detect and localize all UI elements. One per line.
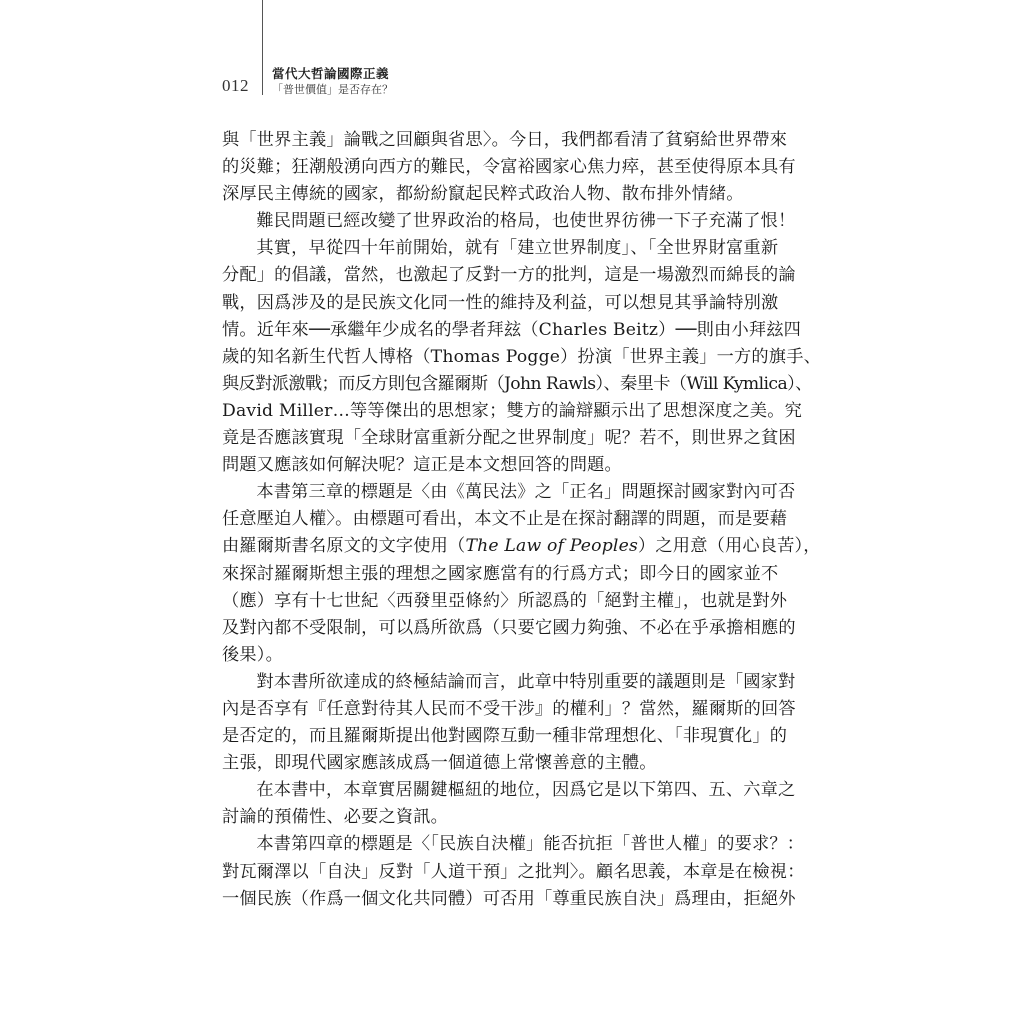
text-line: 深厚民主傳統的國家，都紛紛竄起民粹式政治人物、散布排外情緒。 xyxy=(222,181,782,208)
running-header-subtitle: 「普世價值」是否存在？ xyxy=(272,81,393,97)
paragraph-start-line: 在本書中，本章實居關鍵樞紐的地位，因爲它是以下第四、五、六章之 xyxy=(222,777,782,804)
text-line: 任意壓迫人權〉。由標題可看出，本文不止是在探討翻譯的問題，而是要藉 xyxy=(222,506,782,533)
text-line: 由羅爾斯書名原文的文字使用（The Law of Peoples）之用意（用心良… xyxy=(222,533,782,560)
header-divider-line xyxy=(262,0,263,95)
page-number: 012 xyxy=(222,76,249,96)
text-line: 情。近年來──承繼年少成名的學者拜玆（Charles Beitz）──則由小拜玆… xyxy=(222,317,782,344)
running-header-title: 當代大哲論國際正義 xyxy=(272,64,389,82)
paragraph-start-line: 難民問題已經改變了世界政治的格局，也使世界彷彿一下子充滿了恨！ xyxy=(222,208,782,235)
text-line: 後果）。 xyxy=(222,642,782,669)
paragraph-start-line: 本書第三章的標題是〈由《萬民法》之「正名」問題探討國家對內可否 xyxy=(222,479,782,506)
text-fragment: ）之用意（用心良苦）， xyxy=(638,536,821,556)
text-line: （應）享有十七世紀〈西發里亞條約〉所認爲的「絕對主權」，也就是對外 xyxy=(222,588,782,615)
text-line: 分配」的倡議，當然，也激起了反對一方的批判，這是一場激烈而綿長的論 xyxy=(222,262,782,289)
text-line: 與反對派激戰；而反方則包含羅爾斯（John Rawls）、秦里卡（Will Ky… xyxy=(222,371,782,398)
text-line: 與「世界主義」論戰之回顧與省思〉。今日，我們都看清了貧窮給世界帶來 xyxy=(222,127,782,154)
text-line: 一個民族（作爲一個文化共同體）可否用「尊重民族自決」爲理由，拒絕外 xyxy=(222,886,782,913)
text-line: David Miller…等等傑出的思想家；雙方的論辯顯示出了思想深度之美。究 xyxy=(222,398,782,425)
paragraph-start-line: 對本書所欲達成的終極結論而言，此章中特別重要的議題則是「國家對 xyxy=(222,669,782,696)
paragraph-start-line: 其實，早從四十年前開始，就有「建立世界制度」、「全世界財富重新 xyxy=(222,235,782,262)
text-line: 來探討羅爾斯想主張的理想之國家應當有的行爲方式；即今日的國家並不 xyxy=(222,561,782,588)
paragraph-start-line: 本書第四章的標題是〈「民族自決權」能否抗拒「普世人權」的要求？： xyxy=(222,831,782,858)
text-line: 內是否享有『任意對待其人民而不受干涉』的權利」？當然，羅爾斯的回答 xyxy=(222,696,782,723)
text-line: 對瓦爾澤以「自決」反對「人道干預」之批判〉。顧名思義，本章是在檢視： xyxy=(222,859,782,886)
text-line: 的災難；狂潮般湧向西方的難民，令富裕國家心焦力瘁，甚至使得原本具有 xyxy=(222,154,782,181)
text-line: 問題又應該如何解決呢？這正是本文想回答的問題。 xyxy=(222,452,782,479)
text-line: 是否定的，而且羅爾斯提出他對國際互動一種非常理想化、「非現實化」的 xyxy=(222,723,782,750)
text-line: 歲的知名新生代哲人博格（Thomas Pogge）扮演「世界主義」一方的旗手、 xyxy=(222,344,782,371)
text-line: 戰，因爲涉及的是民族文化同一性的維持及利益，可以想見其爭論特別激 xyxy=(222,290,782,317)
text-line: 討論的預備性、必要之資訊。 xyxy=(222,804,782,831)
text-line: 主張，即現代國家應該成爲一個道德上常懷善意的主體。 xyxy=(222,750,782,777)
text-fragment: 由羅爾斯書名原文的文字使用（ xyxy=(222,536,465,556)
text-line: 竟是否應該實現「全球財富重新分配之世界制度」呢？若不，則世界之貧困 xyxy=(222,425,782,452)
text-line: 及對內都不受限制，可以爲所欲爲（只要它國力夠強、不必在乎承擔相應的 xyxy=(222,615,782,642)
book-title-italic: The Law of Peoples xyxy=(465,536,638,556)
body-text: 與「世界主義」論戰之回顧與省思〉。今日，我們都看清了貧窮給世界帶來 的災難；狂潮… xyxy=(222,127,782,913)
